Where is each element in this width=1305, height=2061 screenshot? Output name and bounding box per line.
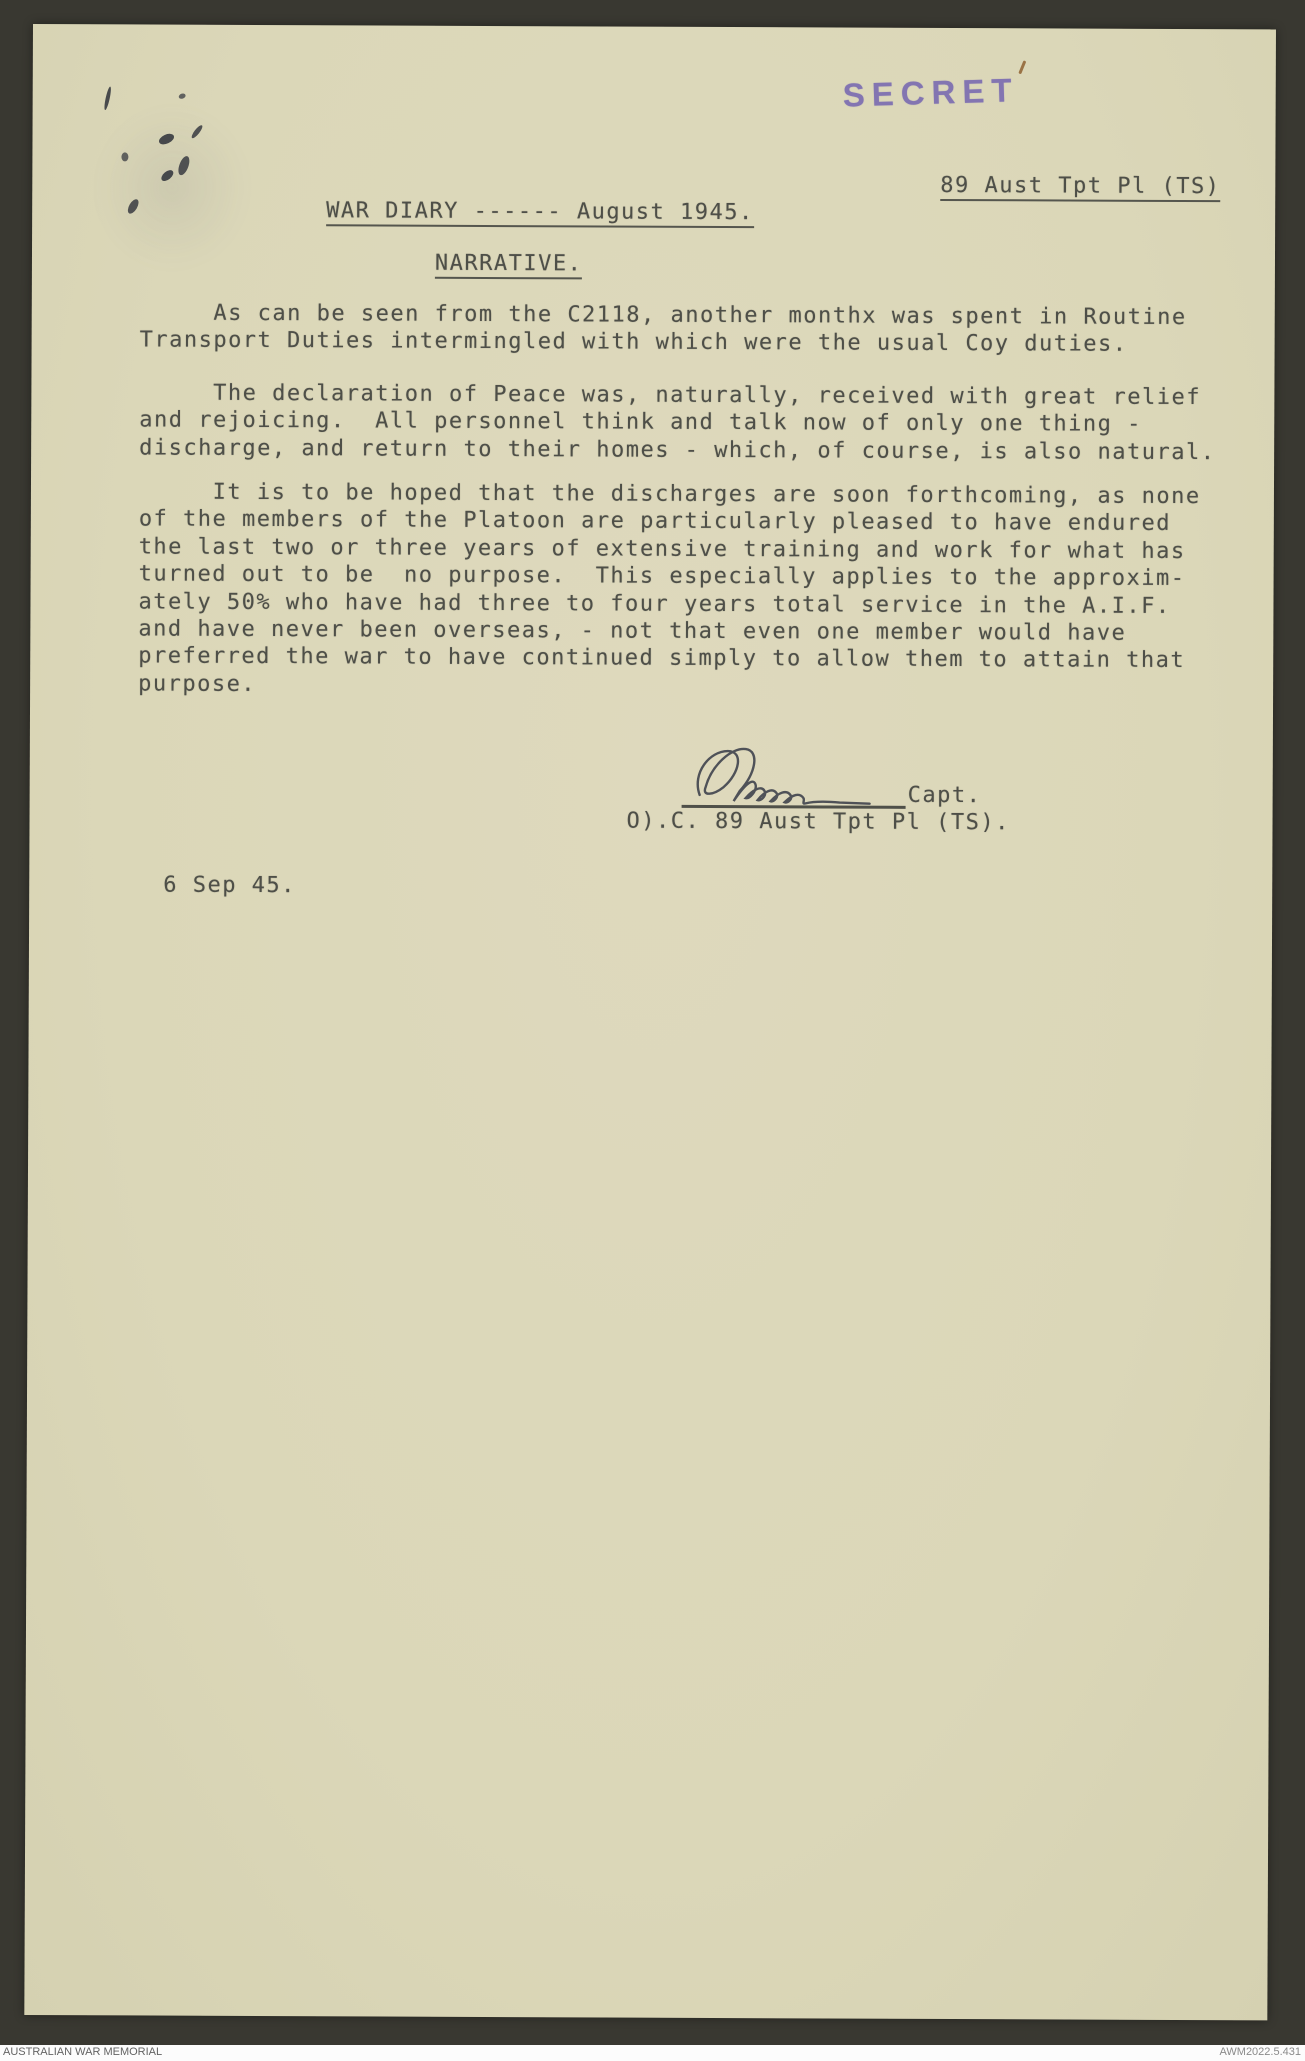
- secret-stamp: SECRET: [842, 71, 1019, 114]
- unit-heading-text: 89 Aust Tpt Pl (TS): [940, 173, 1220, 202]
- war-diary-title: WAR DIARY ------ August 1945.: [326, 197, 754, 226]
- document-page: SECRET 89 Aust Tpt Pl (TS) WAR DIARY ---…: [24, 24, 1276, 2020]
- ink-smudge: [121, 152, 128, 161]
- unit-heading: 89 Aust Tpt Pl (TS): [940, 172, 1220, 201]
- signature-rank: Capt.: [908, 782, 982, 810]
- footer-bar: AUSTRALIAN WAR MEMORIAL AWM2022.5.431: [0, 2045, 1305, 2061]
- paragraph-2: The declaration of Peace was, naturally,…: [139, 379, 1216, 466]
- ink-smudge: [103, 86, 112, 110]
- narrative-heading: NARRATIVE.: [435, 250, 583, 278]
- paragraph-1: As can be seen from the C2118, another m…: [140, 299, 1187, 358]
- graphite-smudge: [92, 102, 253, 273]
- handwritten-signature: [688, 743, 908, 812]
- scanned-document: SECRET 89 Aust Tpt Pl (TS) WAR DIARY ---…: [0, 0, 1305, 2061]
- narrative-heading-text: NARRATIVE.: [435, 251, 583, 280]
- war-diary-title-text: WAR DIARY ------ August 1945.: [326, 198, 754, 228]
- awm-accession-number: AWM2022.5.431: [1219, 2046, 1301, 2058]
- document-date: 6 Sep 45.: [163, 872, 296, 900]
- ink-smudge: [178, 93, 186, 100]
- awm-credit: AUSTRALIAN WAR MEMORIAL: [3, 2046, 162, 2058]
- paper-fiber-speck: [1018, 60, 1026, 74]
- paragraph-3: It is to be hoped that the discharges ar…: [138, 478, 1201, 702]
- officer-line: O).C. 89 Aust Tpt Pl (TS).: [626, 808, 1009, 837]
